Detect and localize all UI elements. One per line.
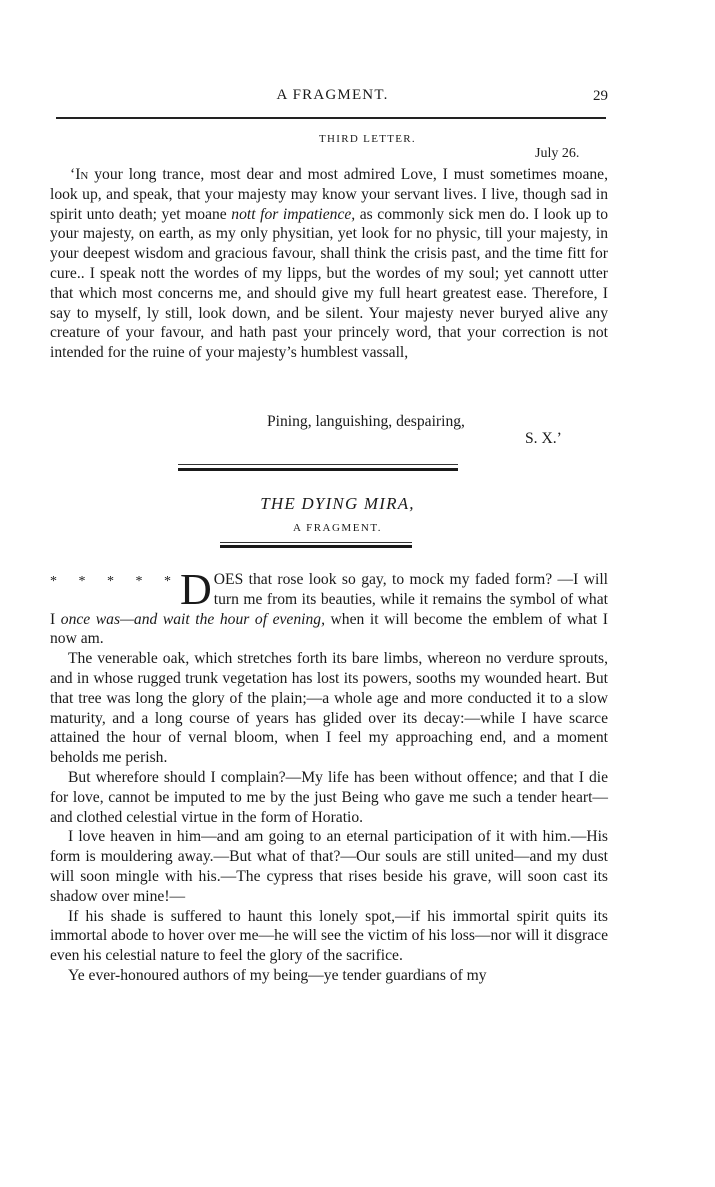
letter-date: July 26. [535, 146, 579, 162]
header-rule [56, 117, 606, 119]
title-divider [220, 542, 412, 548]
piece-title: THE DYING MIRA, [0, 494, 715, 514]
divider-thin-line [178, 464, 458, 465]
story-paragraph: The venerable oak, which stretches forth… [50, 649, 608, 768]
letter-paragraph: ‘In your long trance, most dear and most… [50, 165, 608, 363]
letter-heading: THIRD LETTER. [0, 133, 715, 145]
piece-subtitle: A FRAGMENT. [0, 522, 715, 534]
page-number: 29 [593, 88, 608, 105]
letter-signature: S. X.’ [525, 430, 562, 448]
divider-thin-line [220, 542, 412, 543]
opening-caps: In [75, 166, 88, 183]
section-divider [178, 464, 458, 471]
letter-italic-text: nott for impatience, [231, 206, 355, 223]
divider-thick-line [178, 468, 458, 471]
story-first-paragraph: * * * * *DOES that rose look so gay, to … [50, 570, 608, 649]
book-page: A FRAGMENT. 29 THIRD LETTER. July 26. ‘I… [0, 0, 715, 1187]
running-head: A FRAGMENT. 29 [55, 87, 610, 109]
drop-cap: D [180, 572, 212, 608]
story-paragraph: But wherefore should I complain?—My life… [50, 768, 608, 827]
story-paragraph: If his shade is suffered to haunt this l… [50, 907, 608, 966]
divider-thick-line [220, 545, 412, 548]
running-title: A FRAGMENT. [55, 87, 610, 104]
story-paragraph: I love heaven in him—and am going to an … [50, 827, 608, 906]
story-paragraph: Ye ever-honoured authors of my being—ye … [50, 966, 608, 986]
asterisk-ornament: * * * * * [50, 570, 180, 608]
story-body: * * * * *DOES that rose look so gay, to … [50, 570, 608, 986]
letter-closing: Pining, languishing, despairing, [267, 413, 465, 431]
first-para-italic: once was—and wait the hour of evening, [61, 611, 325, 628]
letter-body: ‘In your long trance, most dear and most… [50, 165, 608, 363]
letter-text-2: as commonly sick men do. I look up to yo… [50, 206, 608, 362]
first-word-caps: OES [214, 571, 243, 588]
